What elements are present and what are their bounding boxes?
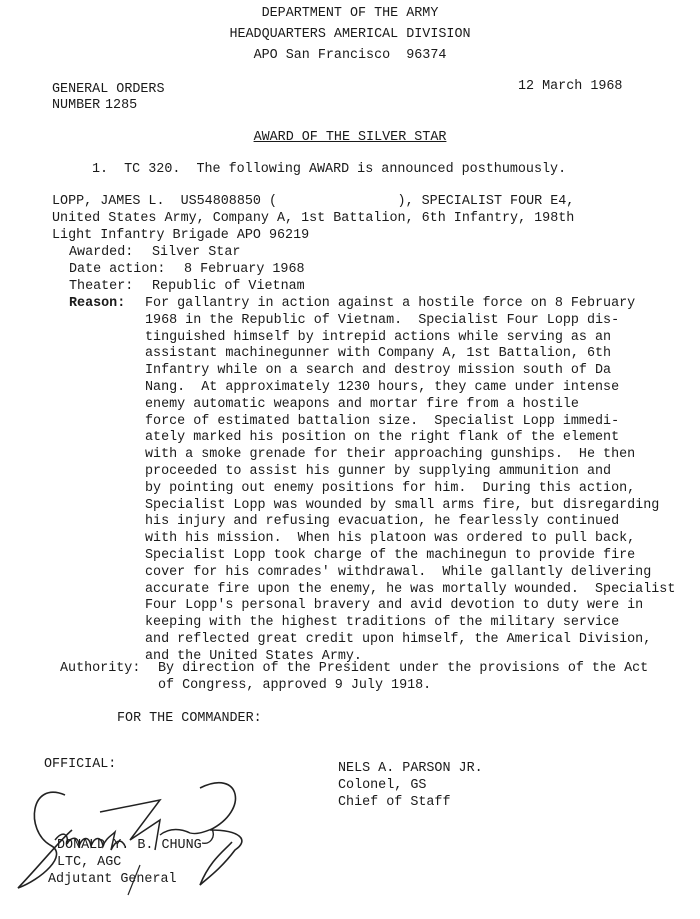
reason-line: 1968 in the Republic of Vietnam. Special… [145,313,619,330]
recipient-line-1: LOPP, JAMES L. US54808850 ( ), SPECIALIS… [52,194,574,211]
chief-rank: Colonel, GS [338,778,426,795]
reason-line: enemy automatic weapons and mortar fire … [145,397,579,414]
reason-line: tinguished himself by intrepid actions w… [145,330,611,347]
reason-line: proceeded to assist his gunner by supply… [145,464,611,481]
reason-line: Specialist Lopp was wounded by small arm… [145,498,659,515]
official-name: DONALD Y. B. CHUNG [57,838,202,855]
reason-line: Nang. At approximately 1230 hours, they … [145,380,619,397]
theater-value: Republic of Vietnam [152,279,305,296]
reason-line: assistant machinegunner with Company A, … [145,346,611,363]
reason-line: force of estimated battalion size. Speci… [145,414,619,431]
reason-line: with his mission. When his platoon was o… [145,531,635,548]
header-apo: APO San Francisco 96374 [0,48,700,65]
date-action-label: Date action: [69,262,165,279]
reason-line: by pointing out enemy positions for him.… [145,481,635,498]
official-rank: LTC, AGC [57,855,121,872]
reason-label: Reason: [69,296,125,313]
header-headquarters: HEADQUARTERS AMERICAL DIVISION [0,27,700,44]
awarded-value: Silver Star [152,245,240,262]
reason-line: Infantry while on a search and destroy m… [145,363,611,380]
intro-paragraph: 1. TC 320. The following AWARD is announ… [92,162,566,179]
reason-line: accurate fire upon the enemy, he was mor… [145,582,675,599]
theater-label: Theater: [69,279,133,296]
number-label: NUMBER [52,98,100,115]
reason-line: ately marked his position on the right f… [145,430,619,447]
authority-line-2: of Congress, approved 9 July 1918. [158,678,431,695]
authority-line-1: By direction of the President under the … [158,661,648,678]
awarded-label: Awarded: [69,245,133,262]
reason-line: his injury and refusing evacuation, he f… [145,514,619,531]
official-title: Adjutant General [48,872,177,889]
recipient-line-3: Light Infantry Brigade APO 96219 [52,228,309,245]
recipient-line-2: United States Army, Company A, 1st Batta… [52,211,574,228]
reason-line: keeping with the highest traditions of t… [145,615,619,632]
award-title: AWARD OF THE SILVER STAR [0,130,700,147]
reason-line: For gallantry in action against a hostil… [145,296,635,313]
date-action-value: 8 February 1968 [184,262,305,279]
chief-title: Chief of Staff [338,795,451,812]
reason-line: and reflected great credit upon himself,… [145,632,651,649]
chief-name: NELS A. PARSON JR. [338,761,483,778]
reason-line: Specialist Lopp took charge of the machi… [145,548,635,565]
header-department: DEPARTMENT OF THE ARMY [0,6,700,23]
reason-line: Four Lopp's personal bravery and avid de… [145,598,643,615]
authority-label: Authority: [60,661,140,678]
order-date: 12 March 1968 [518,79,622,96]
general-orders-label: GENERAL ORDERS [52,82,165,99]
order-number: 1285 [105,98,137,115]
reason-line: cover for his comrades' withdrawal. Whil… [145,565,651,582]
reason-line: with a smoke grenade for their approachi… [145,447,635,464]
general-orders-document: DEPARTMENT OF THE ARMY HEADQUARTERS AMER… [0,0,700,919]
for-the-commander: FOR THE COMMANDER: [117,711,262,728]
